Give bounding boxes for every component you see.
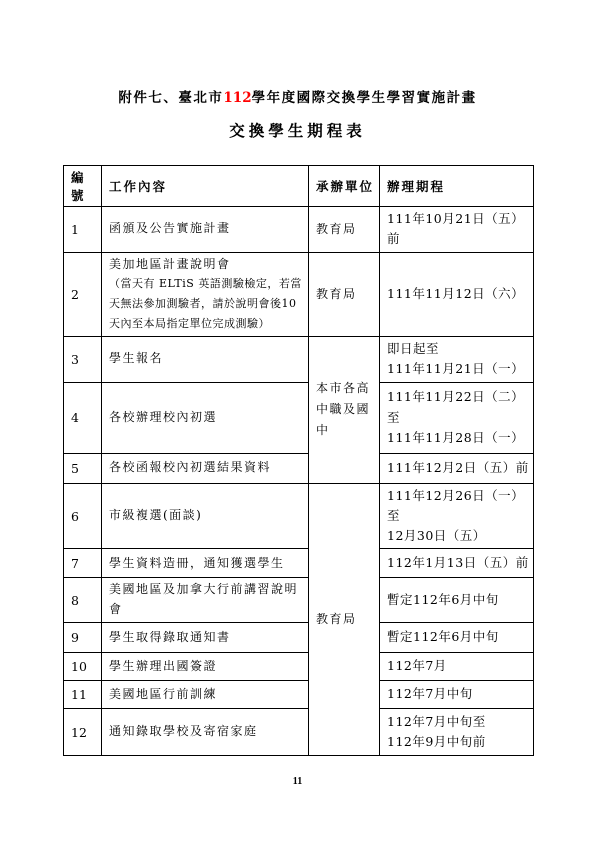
task-cell: 各校辦理校內初選 <box>102 382 309 453</box>
row-number-cell: 4 <box>64 382 102 453</box>
table-title: 交換學生期程表 <box>0 119 595 141</box>
task-cell: 美國地區行前訓練 <box>102 681 309 709</box>
unit-cell: 教育局 <box>309 207 380 253</box>
schedule-line: 111年12月26日（一）至 <box>387 486 529 527</box>
schedule-line: 即日起至 <box>387 339 529 359</box>
header-unit: 承辦單位 <box>309 166 380 207</box>
schedule-line: 111年11月12日（六） <box>387 284 529 304</box>
table-row: 12 通知錄取學校及寄宿家庭 112年7月中旬至 112年9月中旬前 <box>64 709 534 756</box>
table-row: 9 學生取得錄取通知書 暫定112年6月中旬 <box>64 623 534 653</box>
schedule-line: 至 <box>387 408 529 428</box>
task-cell: 學生取得錄取通知書 <box>102 623 309 653</box>
schedule-line: 111年11月28日（一） <box>387 428 529 448</box>
row-number-cell: 1 <box>64 207 102 253</box>
schedule-cell: 112年1月13日（五）前 <box>380 549 534 578</box>
task-cell: 通知錄取學校及寄宿家庭 <box>102 709 309 756</box>
page-number: 11 <box>0 776 595 787</box>
schedule-line: 112年1月13日（五）前 <box>387 553 529 573</box>
header-number: 編號 <box>64 166 102 207</box>
row-number-cell: 2 <box>64 252 102 336</box>
table-row: 7 學生資料造冊，通知獲選學生 112年1月13日（五）前 <box>64 549 534 578</box>
schedule-table: 編號 工作內容 承辦單位 辦理期程 1 函頒及公告實施計畫 教育局 111年10… <box>63 165 534 756</box>
row-number-cell: 11 <box>64 681 102 709</box>
title-prefix: 附件七、臺北市 <box>118 90 223 106</box>
schedule-line: 112年7月 <box>387 656 529 676</box>
table-row: 5 各校函報校內初選結果資料 111年12月2日（五）前 <box>64 453 534 483</box>
schedule-cell: 即日起至 111年11月21日（一） <box>380 336 534 382</box>
schedule-cell: 111年12月26日（一）至 12月30日（五） <box>380 483 534 549</box>
task-cell: 函頒及公告實施計畫 <box>102 207 309 253</box>
row-number-cell: 9 <box>64 623 102 653</box>
row-number-cell: 5 <box>64 453 102 483</box>
task-cell: 各校函報校內初選結果資料 <box>102 453 309 483</box>
table-row: 1 函頒及公告實施計畫 教育局 111年10月21日（五）前 <box>64 207 534 253</box>
schedule-line: 111年11月21日（一） <box>387 359 529 379</box>
task-cell: 學生辦理出國簽證 <box>102 653 309 681</box>
table-row: 4 各校辦理校內初選 111年11月22日（二） 至 111年11月28日（一） <box>64 382 534 453</box>
schedule-cell: 111年11月22日（二） 至 111年11月28日（一） <box>380 382 534 453</box>
schedule-line: 暫定112年6月中旬 <box>387 590 529 610</box>
schedule-line: 112年9月中旬前 <box>387 732 529 752</box>
schedule-line: 12月30日（五） <box>387 526 529 546</box>
row-number-cell: 7 <box>64 549 102 578</box>
schedule-cell: 112年7月中旬 <box>380 681 534 709</box>
schedule-cell: 112年7月 <box>380 653 534 681</box>
schedule-line: 112年7月中旬 <box>387 684 529 704</box>
schedule-cell: 暫定112年6月中旬 <box>380 623 534 653</box>
unit-cell-merged-education-bureau: 教育局 <box>309 483 380 755</box>
table-row: 6 市級複選(面談) 教育局 111年12月26日（一）至 12月30日（五） <box>64 483 534 549</box>
table-row: 10 學生辦理出國簽證 112年7月 <box>64 653 534 681</box>
schedule-cell: 暫定112年6月中旬 <box>380 578 534 623</box>
title-year-highlight: 112 <box>223 90 251 106</box>
table-row: 8 美國地區及加拿大行前講習說明會 暫定112年6月中旬 <box>64 578 534 623</box>
schedule-line: 暫定112年6月中旬 <box>387 627 529 647</box>
row-number-cell: 3 <box>64 336 102 382</box>
unit-cell: 教育局 <box>309 252 380 336</box>
row-number-cell: 8 <box>64 578 102 623</box>
schedule-cell: 111年10月21日（五）前 <box>380 207 534 253</box>
schedule-line: 111年11月22日（二） <box>387 387 529 407</box>
schedule-line: 111年10月21日（五）前 <box>387 209 529 250</box>
table-row: 11 美國地區行前訓練 112年7月中旬 <box>64 681 534 709</box>
schedule-line: 111年12月2日（五）前 <box>387 458 529 478</box>
schedule-line: 112年7月中旬至 <box>387 712 529 732</box>
page-title: 附件七、臺北市112學年度國際交換學生學習實施計畫 <box>0 0 595 106</box>
row-number-cell: 12 <box>64 709 102 756</box>
header-schedule: 辦理期程 <box>380 166 534 207</box>
table-row: 2 美加地區計畫說明會 （當天有 ELTiS 英語測驗檢定，若當天無法參加測驗者… <box>64 252 534 336</box>
table-header-row: 編號 工作內容 承辦單位 辦理期程 <box>64 166 534 207</box>
header-task: 工作內容 <box>102 166 309 207</box>
row-number-cell: 6 <box>64 483 102 549</box>
document-page: 附件七、臺北市112學年度國際交換學生學習實施計畫 交換學生期程表 編號 工作內… <box>0 0 595 842</box>
table-row: 3 學生報名 本市各高中職及國中 即日起至 111年11月21日（一） <box>64 336 534 382</box>
task-cell: 市級複選(面談) <box>102 483 309 549</box>
row-number-cell: 10 <box>64 653 102 681</box>
task-title: 美加地區計畫說明會 <box>109 255 304 275</box>
schedule-cell: 111年11月12日（六） <box>380 252 534 336</box>
task-note: （當天有 ELTiS 英語測驗檢定，若當天無法參加測驗者，請於說明會後10天內至… <box>109 274 304 333</box>
task-cell: 學生資料造冊，通知獲選學生 <box>102 549 309 578</box>
task-cell: 美加地區計畫說明會 （當天有 ELTiS 英語測驗檢定，若當天無法參加測驗者，請… <box>102 252 309 336</box>
task-cell: 美國地區及加拿大行前講習說明會 <box>102 578 309 623</box>
task-cell: 學生報名 <box>102 336 309 382</box>
unit-cell-merged-schools: 本市各高中職及國中 <box>309 336 380 483</box>
schedule-cell: 112年7月中旬至 112年9月中旬前 <box>380 709 534 756</box>
schedule-cell: 111年12月2日（五）前 <box>380 453 534 483</box>
title-suffix: 學年度國際交換學生學習實施計畫 <box>252 90 477 106</box>
